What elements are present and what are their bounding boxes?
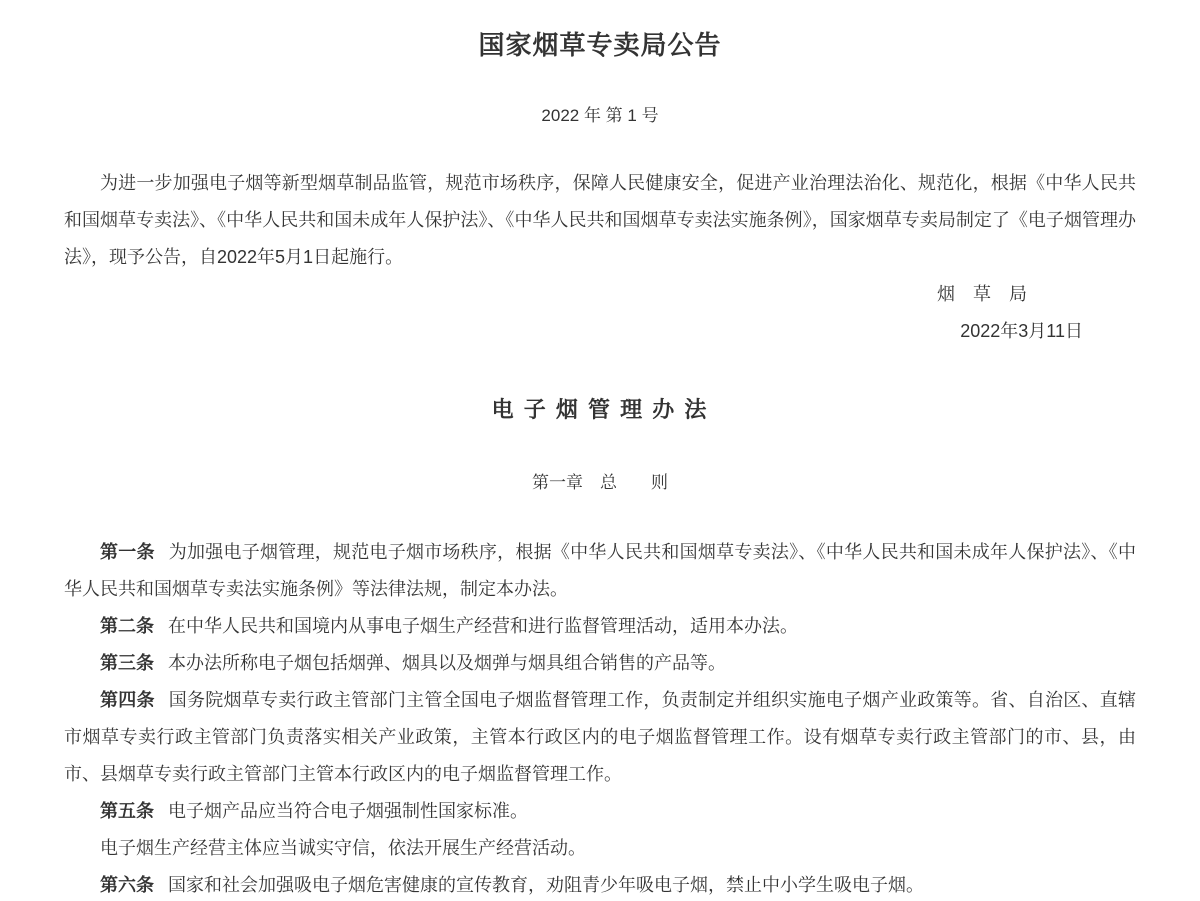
article-text: 在中华人民共和国境内从事电子烟生产经营和进行监督管理活动，适用本办法。 [168,616,798,636]
issue-number: 2022 年 第 1 号 [64,107,1136,125]
article-text: 国家和社会加强吸电子烟危害健康的宣传教育，劝阻青少年吸电子烟，禁止中小学生吸电子… [168,875,924,895]
article-paragraph: 电子烟生产经营主体应当诚实守信，依法开展生产经营活动。 [64,830,1136,867]
article-text: 国务院烟草专卖行政主管部门主管全国电子烟监督管理工作，负责制定并组织实施电子烟产… [64,690,1136,784]
article-paragraph: 第二条在中华人民共和国境内从事电子烟生产经营和进行监督管理活动，适用本办法。 [64,608,1136,645]
article-text: 电子烟产品应当符合电子烟强制性国家标准。 [168,801,528,821]
article-text: 为加强电子烟管理，规范电子烟市场秩序，根据《中华人民共和国烟草专卖法》、《中华人… [64,542,1136,599]
announcement-paragraph: 为进一步加强电子烟等新型烟草制品监管，规范市场秩序，保障人民健康安全，促进产业治… [64,165,1136,276]
article-paragraph: 第一条为加强电子烟管理，规范电子烟市场秩序，根据《中华人民共和国烟草专卖法》、《… [64,534,1136,608]
article-label: 第一条 [100,542,155,562]
document-page: 国家烟草专卖局公告 2022 年 第 1 号 为进一步加强电子烟等新型烟草制品监… [0,0,1200,901]
article-label: 第三条 [100,653,154,673]
article-text: 电子烟生产经营主体应当诚实守信，依法开展生产经营活动。 [100,838,586,858]
article-paragraph: 第五条电子烟产品应当符合电子烟强制性国家标准。 [64,793,1136,830]
article-label: 第四条 [100,690,155,710]
signature-agency: 烟 草 局 [64,276,1136,313]
page-title: 国家烟草专卖局公告 [64,30,1136,60]
signature-date: 2022年3月11日 [64,313,1136,350]
article-label: 第六条 [100,875,154,895]
article-paragraph: 第四条国务院烟草专卖行政主管部门主管全国电子烟监督管理工作，负责制定并组织实施电… [64,682,1136,793]
regulation-title: 电 子 烟 管 理 办 法 [64,394,1136,425]
article-label: 第五条 [100,801,154,821]
article-paragraph: 第三条本办法所称电子烟包括烟弹、烟具以及烟弹与烟具组合销售的产品等。 [64,645,1136,682]
article-label: 第二条 [100,616,154,636]
chapter-heading: 第一章 总 则 [64,472,1136,494]
article-paragraph: 第六条国家和社会加强吸电子烟危害健康的宣传教育，劝阻青少年吸电子烟，禁止中小学生… [64,867,1136,901]
article-text: 本办法所称电子烟包括烟弹、烟具以及烟弹与烟具组合销售的产品等。 [168,653,726,673]
articles-section: 第一条为加强电子烟管理，规范电子烟市场秩序，根据《中华人民共和国烟草专卖法》、《… [64,534,1136,901]
